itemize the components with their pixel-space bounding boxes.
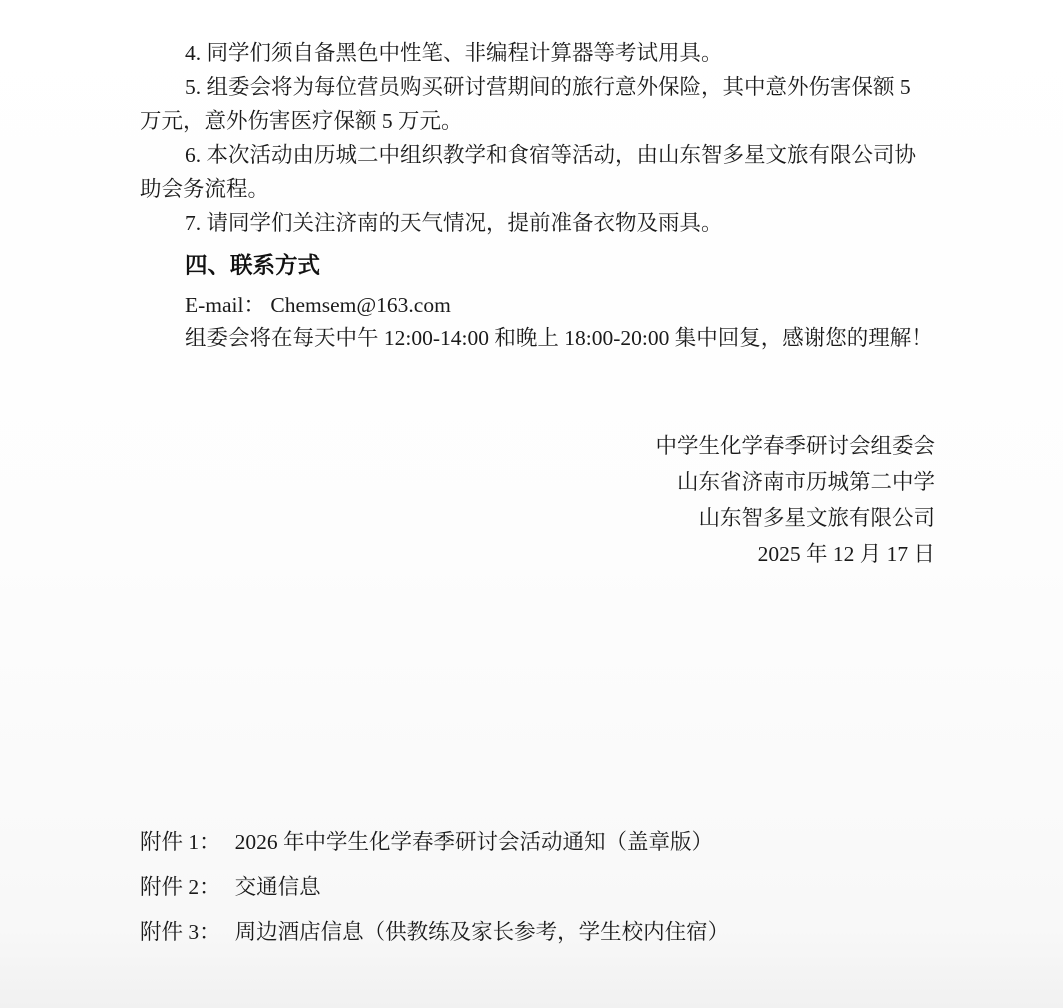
attachment-3-label: 附件 3：	[140, 910, 221, 955]
note-item-7-line: 7. 请同学们关注济南的天气情况，提前准备衣物及雨具。	[140, 206, 950, 240]
attachments-list: 附件 1： 2026 年中学生化学春季研讨会活动通知（盖章版） 附件 2： 交通…	[140, 820, 729, 955]
signature-committee: 中学生化学春季研讨会组委会	[655, 428, 935, 464]
section-heading-contact: 四、联系方式	[185, 251, 320, 281]
note-item-5-line-2: 万元，意外伤害医疗保额 5 万元。	[140, 104, 950, 138]
attachment-2-label: 附件 2：	[140, 865, 221, 910]
signature-company: 山东智多星文旅有限公司	[655, 500, 935, 536]
note-item-4-line: 4. 同学们须自备黑色中性笔、非编程计算器等考试用具。	[140, 36, 950, 70]
note-item-5-line-1: 5. 组委会将为每位营员购买研讨营期间的旅行意外保险，其中意外伤害保额 5	[140, 70, 950, 104]
notes-paragraphs: 4. 同学们须自备黑色中性笔、非编程计算器等考试用具。 5. 组委会将为每位营员…	[140, 36, 950, 240]
signature-date: 2025 年 12 月 17 日	[655, 536, 935, 572]
note-item-6-line-1: 6. 本次活动由历城二中组织教学和食宿等活动，由山东智多星文旅有限公司协	[140, 138, 950, 172]
signature-block: 中学生化学春季研讨会组委会 山东省济南市历城第二中学 山东智多星文旅有限公司 2…	[655, 428, 935, 572]
attachment-3-title: 周边酒店信息（供教练及家长参考，学生校内住宿）	[235, 910, 730, 955]
signature-school: 山东省济南市历城第二中学	[655, 464, 935, 500]
attachment-row-2: 附件 2： 交通信息	[140, 865, 729, 910]
attachment-2-title: 交通信息	[235, 865, 321, 910]
email-line: E-mail： Chemsem@163.com	[185, 289, 933, 322]
attachment-1-label: 附件 1：	[140, 820, 221, 865]
reply-hours-line: 组委会将在每天中午 12:00-14:00 和晚上 18:00-20:00 集中…	[185, 322, 933, 355]
attachment-row-3: 附件 3： 周边酒店信息（供教练及家长参考，学生校内住宿）	[140, 910, 729, 955]
attachment-row-1: 附件 1： 2026 年中学生化学春季研讨会活动通知（盖章版）	[140, 820, 729, 865]
contact-info: E-mail： Chemsem@163.com 组委会将在每天中午 12:00-…	[185, 289, 933, 355]
note-item-6-line-2: 助会务流程。	[140, 172, 950, 206]
document-page: 4. 同学们须自备黑色中性笔、非编程计算器等考试用具。 5. 组委会将为每位营员…	[0, 0, 1063, 1008]
attachment-1-title: 2026 年中学生化学春季研讨会活动通知（盖章版）	[235, 820, 713, 865]
